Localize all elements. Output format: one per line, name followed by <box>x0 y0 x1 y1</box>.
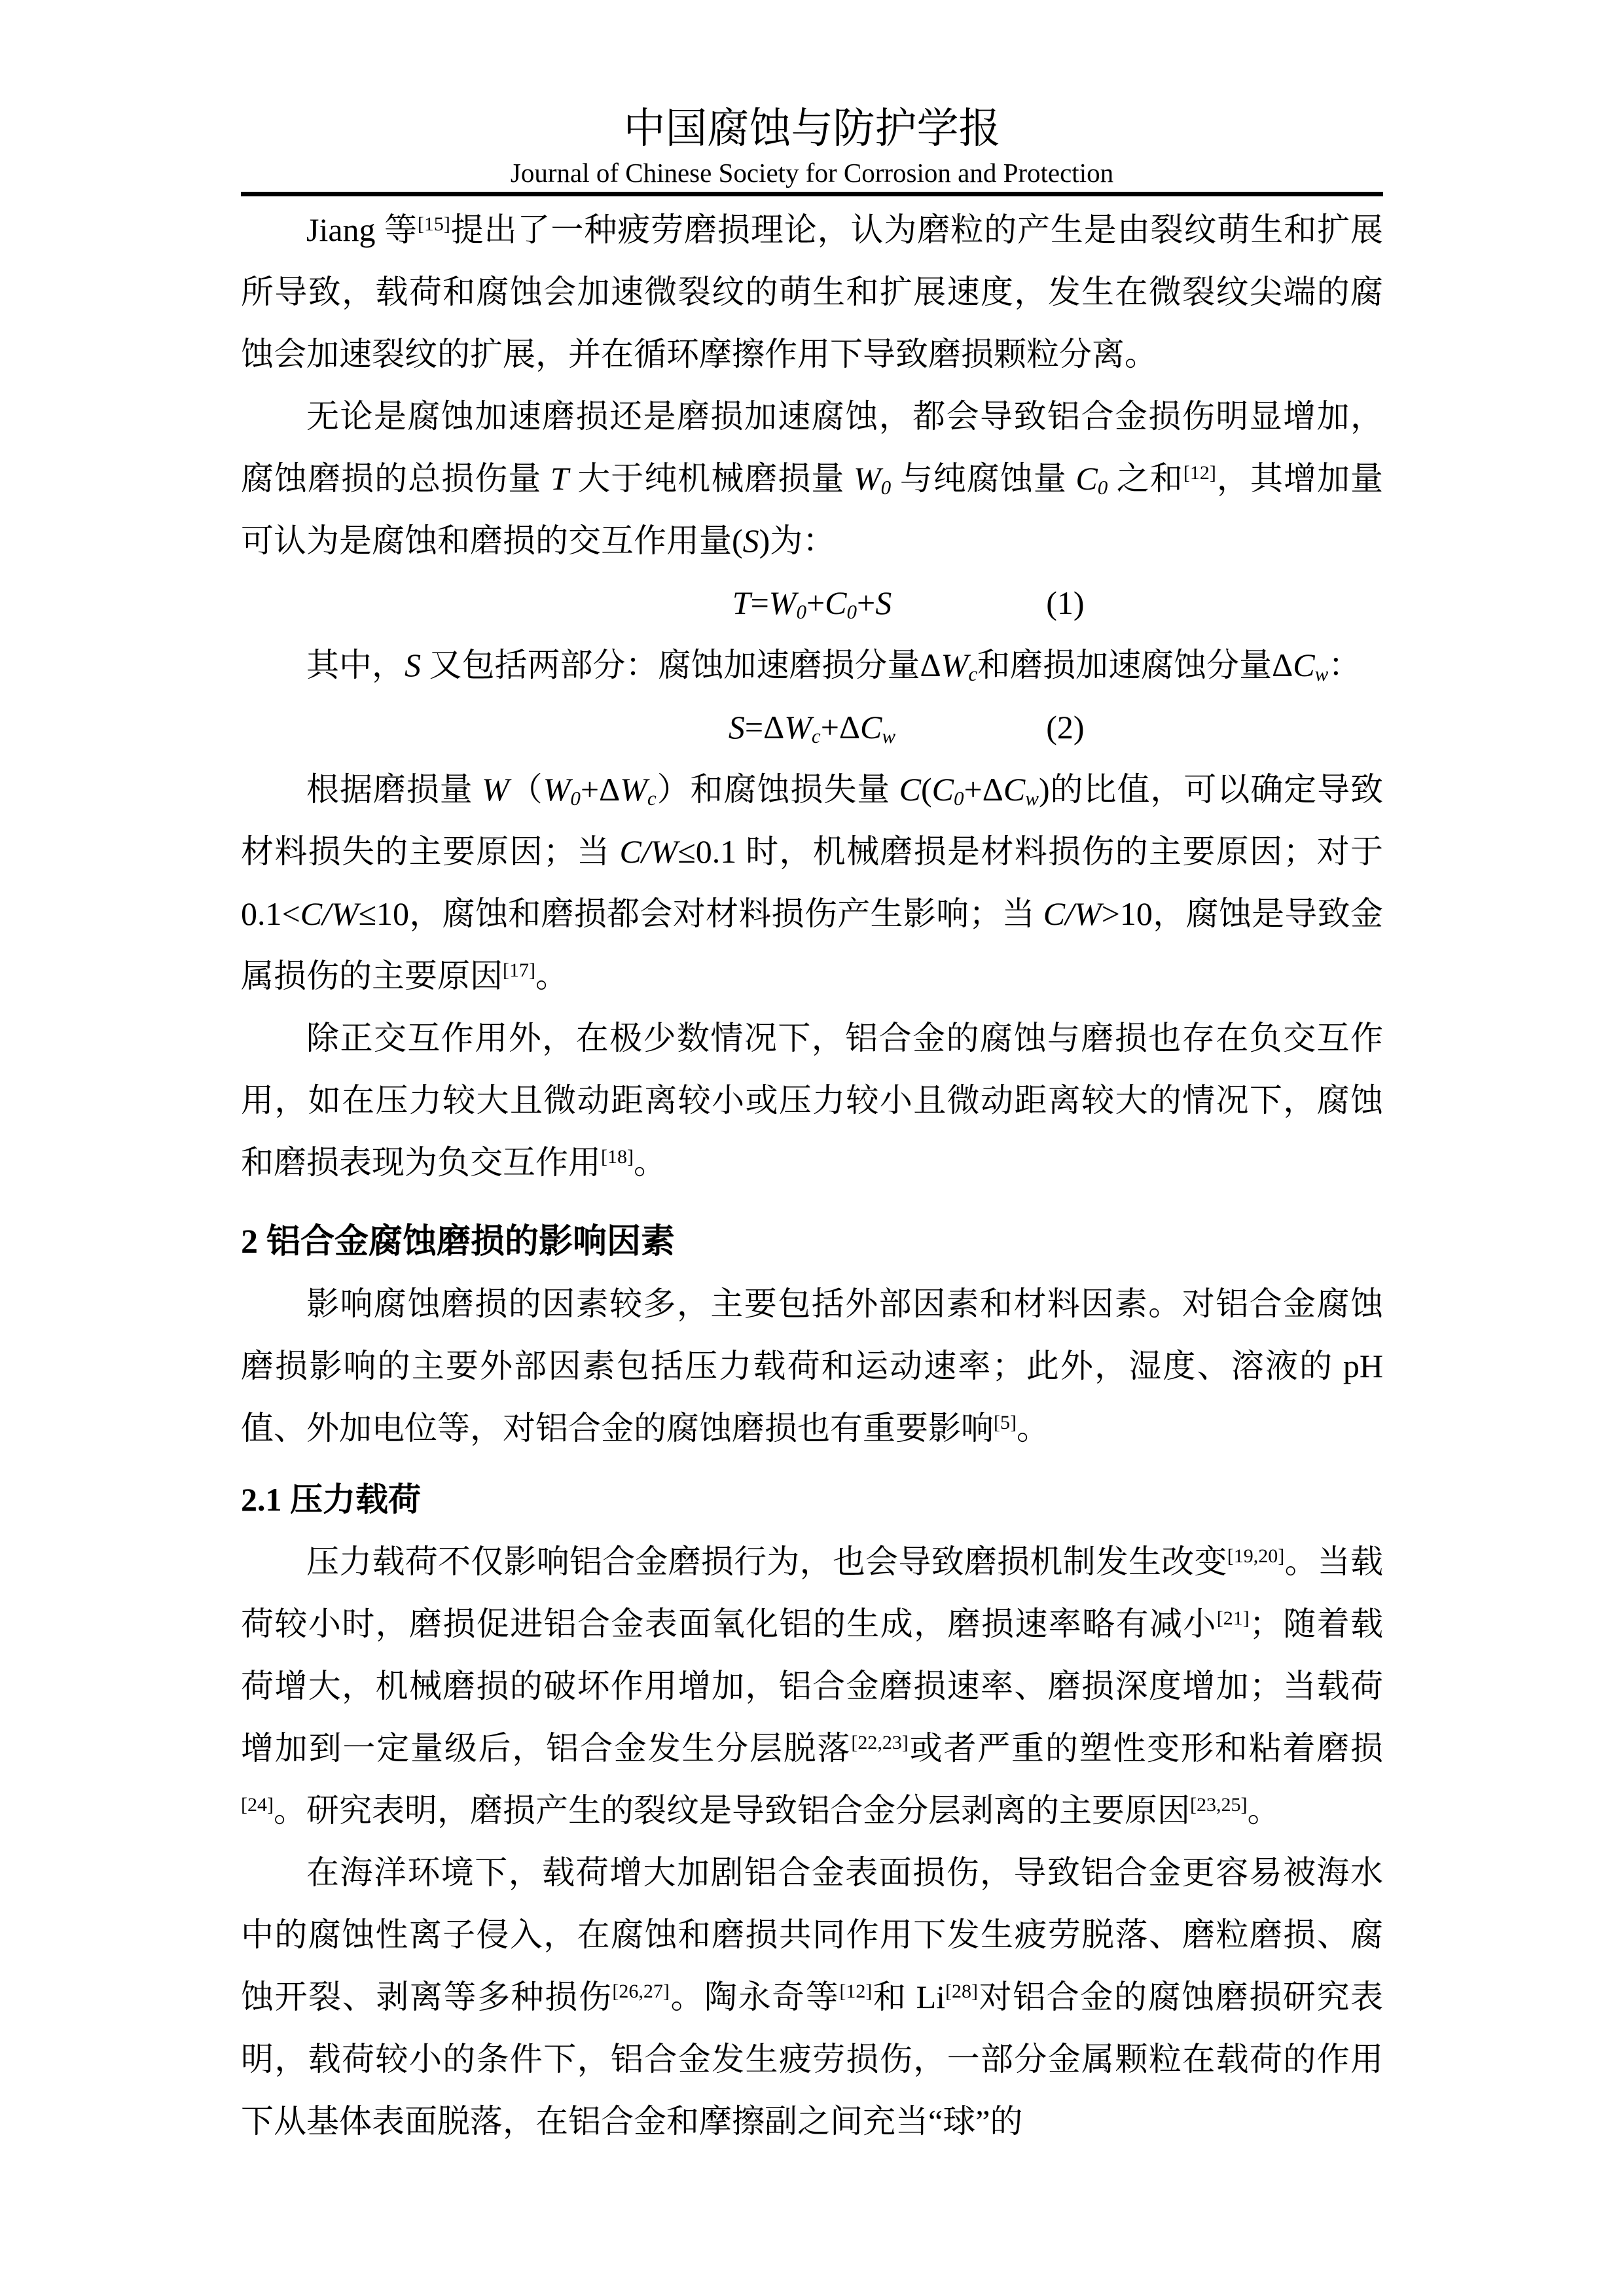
text-run: 。陶永奇等 <box>670 1979 840 2015</box>
equation: T=W0+C0+S(1) <box>241 572 1383 634</box>
text-run: 或者严重的塑性变形和粘着磨损 <box>909 1730 1383 1767</box>
text-run: 又包括两部分：腐蚀加速磨损分量Δ <box>421 647 941 683</box>
math-subscript: 0 <box>847 600 857 623</box>
math-variable: W <box>482 771 509 808</box>
math-subscript: c <box>812 725 821 747</box>
text-run: +Δ <box>964 771 1003 808</box>
paragraph: 其中，S 又包括两部分：腐蚀加速磨损分量ΔWc和磨损加速腐蚀分量ΔCw： <box>241 634 1383 696</box>
reference-marker: [23,25] <box>1190 1794 1247 1816</box>
text-run: Jiang 等 <box>306 211 418 248</box>
text-run: 大于纯机械磨损量 <box>569 460 854 497</box>
math-variable: W <box>769 584 797 621</box>
text-run: 根据磨损量 <box>306 771 482 808</box>
paragraph: 在海洋环境下，载荷增大加剧铝合金表面损伤，导致铝合金更容易被海水中的腐蚀性离子侵… <box>241 1842 1383 2153</box>
reference-marker: [28] <box>945 1981 978 2002</box>
text-run: 和磨损加速腐蚀分量Δ <box>977 647 1293 683</box>
text-run: 与纯腐蚀量 <box>891 460 1075 497</box>
math-variable: S <box>405 647 421 683</box>
math-variable: W <box>784 709 812 745</box>
document-page: 中国腐蚀与防护学报 Journal of Chinese Society for… <box>0 0 1624 2296</box>
math-variable: W <box>620 771 647 808</box>
equation-body: S=ΔWc+ΔCw <box>729 709 895 745</box>
math-subscript: w <box>882 725 895 747</box>
reference-marker: [26,27] <box>612 1981 669 2002</box>
text-run: 压力载荷不仅影响铝合金磨损行为，也会导致磨损机制发生改变 <box>306 1543 1227 1580</box>
math-variable: C <box>860 709 882 745</box>
text-run: )为： <box>759 522 836 559</box>
math-variable: C/W <box>619 833 677 870</box>
reference-marker: [18] <box>601 1146 634 1168</box>
text-run: 之和 <box>1108 460 1183 497</box>
equation-body: T=W0+C0+S <box>732 584 892 621</box>
math-variable: C/W <box>1043 895 1102 932</box>
math-subscript: 0 <box>881 476 892 499</box>
equation-number: (1) <box>1046 572 1084 634</box>
paragraph: 除正交互作用外，在极少数情况下，铝合金的腐蚀与磨损也存在负交互作用，如在压力较大… <box>241 1007 1383 1194</box>
content: Jiang 等[15]提出了一种疲劳磨损理论，认为磨粒的产生是由裂纹萌生和扩展所… <box>241 199 1383 2153</box>
header-rule <box>241 192 1383 196</box>
math-variable: S <box>743 522 759 559</box>
text-run: +Δ <box>821 709 860 745</box>
text-run: 除正交互作用外，在极少数情况下，铝合金的腐蚀与磨损也存在负交互作用，如在压力较大… <box>241 1020 1383 1181</box>
paragraph: Jiang 等[15]提出了一种疲劳磨损理论，认为磨粒的产生是由裂纹萌生和扩展所… <box>241 199 1383 386</box>
math-variable: W <box>854 460 881 497</box>
text-run: +Δ <box>581 771 620 808</box>
text-run: 。 <box>535 958 568 994</box>
paragraph: 根据磨损量 W（W0+ΔWc）和腐蚀损失量 C(C0+ΔCw)的比值，可以确定导… <box>241 759 1383 1007</box>
text-run: 。研究表明，磨损产生的裂纹是导致铝合金分层剥离的主要原因 <box>274 1792 1190 1829</box>
math-subscript: 0 <box>570 787 581 810</box>
math-subscript: 0 <box>1098 476 1108 499</box>
text-run: 和 Li <box>872 1979 945 2015</box>
text-run: 其中， <box>306 647 405 683</box>
text-run: 。 <box>634 1144 666 1181</box>
math-variable: C <box>899 771 921 808</box>
math-variable: S <box>729 709 745 745</box>
reference-marker: [21] <box>1217 1607 1250 1629</box>
math-variable: T <box>732 584 751 621</box>
text-run: + <box>857 584 875 621</box>
math-subscript: 0 <box>954 787 964 810</box>
text-run: （ <box>509 771 543 808</box>
math-variable: W <box>543 771 571 808</box>
math-variable: C <box>825 584 846 621</box>
math-subscript: w <box>1025 787 1039 810</box>
reference-marker: [17] <box>503 960 535 981</box>
reference-marker: [12] <box>839 1981 872 2002</box>
math-subscript: 0 <box>796 600 806 623</box>
reference-marker: [24] <box>241 1794 274 1816</box>
text-run: =Δ <box>745 709 784 745</box>
math-subscript: c <box>968 662 977 685</box>
math-variable: C <box>1075 460 1097 497</box>
text-run: ( <box>921 771 932 808</box>
reference-marker: [5] <box>994 1412 1017 1433</box>
text-run: = <box>751 584 769 621</box>
math-variable: C <box>932 771 954 808</box>
equation: S=ΔWc+ΔCw(2) <box>241 696 1383 759</box>
text-run: ）和腐蚀损失量 <box>657 771 899 808</box>
text-run: ≤10，腐蚀和磨损都会对材料损伤产生影响；当 <box>359 895 1043 932</box>
paragraph: 压力载荷不仅影响铝合金磨损行为，也会导致磨损机制发生改变[19,20]。当载荷较… <box>241 1531 1383 1842</box>
text-run: ： <box>1328 647 1361 683</box>
journal-title-en: Journal of Chinese Society for Corrosion… <box>241 156 1383 189</box>
text-run: + <box>806 584 825 621</box>
math-variable: W <box>941 647 969 683</box>
reference-marker: [15] <box>418 213 450 235</box>
math-variable: S <box>875 584 892 621</box>
reference-marker: [12] <box>1183 462 1216 484</box>
section-heading: 2 铝合金腐蚀磨损的影响因素 <box>241 1211 1383 1273</box>
journal-header: 中国腐蚀与防护学报 Journal of Chinese Society for… <box>241 101 1383 196</box>
reference-marker: [22,23] <box>851 1732 908 1753</box>
math-variable: C/W <box>300 895 359 932</box>
paragraph: 影响腐蚀磨损的因素较多，主要包括外部因素和材料因素。对铝合金腐蚀磨损影响的主要外… <box>241 1273 1383 1460</box>
journal-title-cn: 中国腐蚀与防护学报 <box>241 101 1383 156</box>
subsection-heading: 2.1 压力载荷 <box>241 1469 1383 1531</box>
text-run: 。 <box>1247 1792 1280 1829</box>
equation-number: (2) <box>1046 696 1084 759</box>
math-variable: C <box>1003 771 1025 808</box>
paragraph: 无论是腐蚀加速磨损还是磨损加速腐蚀，都会导致铝合金损伤明显增加，腐蚀磨损的总损伤… <box>241 386 1383 572</box>
text-run: 2 铝合金腐蚀磨损的影响因素 <box>241 1223 675 1261</box>
text-run: 2.1 压力载荷 <box>241 1481 421 1518</box>
text-run: 。 <box>1017 1410 1049 1446</box>
math-variable: C <box>1293 647 1314 683</box>
math-variable: T <box>550 460 569 497</box>
math-subscript: c <box>647 787 657 810</box>
math-subscript: w <box>1315 662 1329 685</box>
text-run: 影响腐蚀磨损的因素较多，主要包括外部因素和材料因素。对铝合金腐蚀磨损影响的主要外… <box>241 1285 1383 1446</box>
reference-marker: [19,20] <box>1227 1545 1284 1567</box>
